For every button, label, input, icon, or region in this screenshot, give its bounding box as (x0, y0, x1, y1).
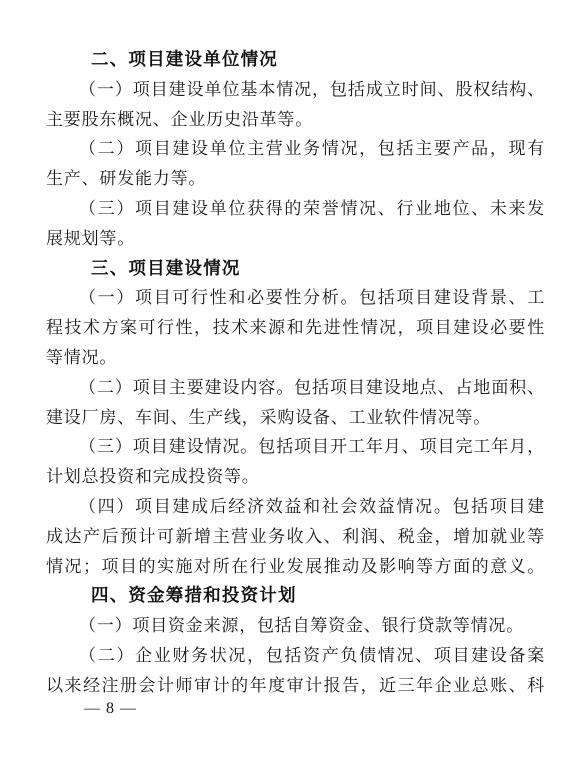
paragraph: （二）项目主要建设内容。包括项目建设地点、占地面积、建设厂房、车间、生产线，采购… (46, 373, 545, 433)
paragraph: （一）项目建设单位基本情况，包括成立时间、股权结构、主要股东概况、企业历史沿革等… (46, 75, 545, 135)
paragraph: （三）项目建设单位获得的荣誉情况、行业地位、未来发展规划等。 (46, 194, 545, 254)
paragraph: （三）项目建设情况。包括项目开工年月、项目完工年月，计划总投资和完成投资等。 (46, 432, 545, 492)
text-line: （一）项目资金来源，包括自筹资金、银行贷款等情况。 (46, 611, 545, 641)
text-line: 情况；项目的实施对所在行业发展推动及影响等方面的意义。 (46, 552, 545, 582)
text-line: 以来经注册会计师审计的年度审计报告，近三年企业总账、科 (46, 671, 545, 701)
document-body: 二、项目建设单位情况（一）项目建设单位基本情况，包括成立时间、股权结构、主要股东… (46, 45, 545, 701)
text-line: （一）项目建设单位基本情况，包括成立时间、股权结构、 (46, 75, 545, 105)
text-line: 等情况。 (46, 343, 545, 373)
paragraph: （四）项目建成后经济效益和社会效益情况。包括项目建成达产后预计可新增主营业务收入… (46, 492, 545, 581)
text-line: （三）项目建设单位获得的荣誉情况、行业地位、未来发 (46, 194, 545, 224)
text-line: 程技术方案可行性，技术来源和先进性情况，项目建设必要性 (46, 313, 545, 343)
section-heading: 二、项目建设单位情况 (46, 45, 545, 75)
section-heading: 四、资金筹措和投资计划 (46, 581, 545, 611)
text-line: （二）项目建设单位主营业务情况，包括主要产品，现有 (46, 134, 545, 164)
text-line: （三）项目建设情况。包括项目开工年月、项目完工年月， (46, 432, 545, 462)
paragraph: （二）项目建设单位主营业务情况，包括主要产品，现有生产、研发能力等。 (46, 134, 545, 194)
section-heading: 三、项目建设情况 (46, 254, 545, 284)
paragraph: （二）企业财务状况，包括资产负债情况、项目建设备案以来经注册会计师审计的年度审计… (46, 641, 545, 701)
text-line: （二）企业财务状况，包括资产负债情况、项目建设备案 (46, 641, 545, 671)
text-line: 成达产后预计可新增主营业务收入、利润、税金，增加就业等 (46, 522, 545, 552)
text-line: 主要股东概况、企业历史沿革等。 (46, 105, 545, 135)
text-line: （一）项目可行性和必要性分析。包括项目建设背景、工 (46, 283, 545, 313)
text-line: （四）项目建成后经济效益和社会效益情况。包括项目建 (46, 492, 545, 522)
text-line: 建设厂房、车间、生产线，采购设备、工业软件情况等。 (46, 403, 545, 433)
paragraph: （一）项目可行性和必要性分析。包括项目建设背景、工程技术方案可行性，技术来源和先… (46, 283, 545, 372)
text-line: 生产、研发能力等。 (46, 164, 545, 194)
page-number: — 8 — (84, 700, 137, 718)
text-line: 展规划等。 (46, 224, 545, 254)
paragraph: （一）项目资金来源，包括自筹资金、银行贷款等情况。 (46, 611, 545, 641)
document-page: 二、项目建设单位情况（一）项目建设单位基本情况，包括成立时间、股权结构、主要股东… (0, 0, 586, 770)
text-line: （二）项目主要建设内容。包括项目建设地点、占地面积、 (46, 373, 545, 403)
text-line: 计划总投资和完成投资等。 (46, 462, 545, 492)
